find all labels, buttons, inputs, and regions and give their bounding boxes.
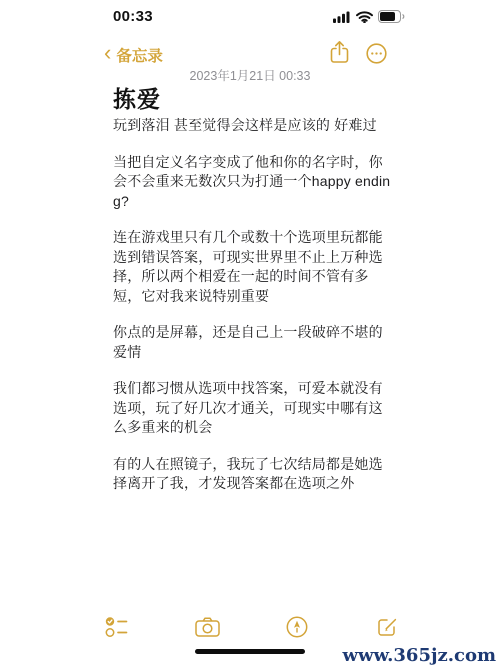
checklist-button[interactable] [104,614,130,640]
status-icons [333,10,405,23]
share-button[interactable] [330,40,349,64]
compose-icon [377,617,398,638]
markup-button[interactable] [284,614,310,640]
wifi-icon [356,11,373,23]
home-indicator[interactable] [195,649,305,654]
notes-app-screen: 00:33 ‹ [0,0,500,667]
camera-icon [195,617,220,637]
chevron-left-icon: ‹ [104,45,111,61]
checklist-icon [105,616,129,638]
note-title: 拣爱 [113,86,394,113]
markup-icon [286,616,308,638]
battery-icon [378,10,405,23]
note-paragraph: 当把自定义名字变成了他和你的名字时，你会不会重来无数次只为打通一个happy e… [113,153,394,212]
note-editor[interactable]: 拣爱 玩到落泪 甚至觉得会这样是应该的 好难过 当把自定义名字变成了他和你的名字… [113,86,394,511]
more-options-button[interactable] [366,43,387,64]
note-paragraph: 玩到落泪 甚至觉得会这样是应该的 好难过 [113,116,394,136]
note-date: 2023年1月21日 00:33 [0,66,500,84]
note-paragraph: 你点的是屏幕，还是自己上一段破碎不堪的爱情 [113,323,394,362]
note-paragraph: 有的人在照镜子，我玩了七次结局都是她选择离开了我，才发现答案都在选项之外 [113,455,394,494]
cellular-signal-icon [333,11,351,23]
ellipsis-circle-icon [366,43,387,64]
watermark-text: www.365jz.com [342,645,496,666]
compose-button[interactable] [374,614,400,640]
note-paragraph: 连在游戏里只有几个或数十个选项里玩都能选到错误答案，可现实世界里不止上万种选择，… [113,228,394,306]
back-button-label: 备忘录 [116,44,163,66]
bottom-toolbar [104,614,400,640]
back-button[interactable]: ‹ 备忘录 [104,44,163,66]
status-time: 00:33 [113,8,153,25]
camera-button[interactable] [194,614,220,640]
share-icon [330,40,349,64]
note-paragraph: 我们都习惯从选项中找答案，可爱本就没有选项，玩了好几次才通关，可现实中哪有这么多… [113,379,394,438]
